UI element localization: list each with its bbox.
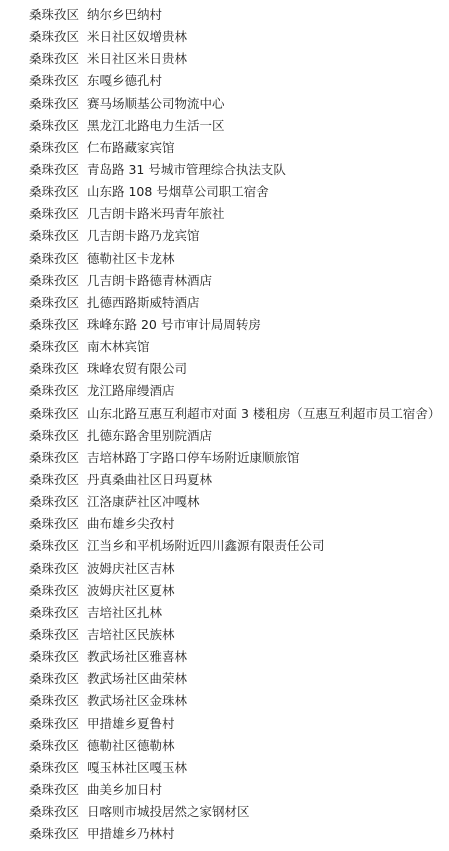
district-label: 桑珠孜区 (29, 181, 87, 203)
list-item: 桑珠孜区曲布雄乡尖孜村 (29, 513, 440, 535)
list-item: 桑珠孜区珠峰农贸有限公司 (29, 358, 440, 380)
district-label: 桑珠孜区 (29, 336, 87, 358)
district-label: 桑珠孜区 (29, 380, 87, 402)
place-label: 曲布雄乡尖孜村 (87, 513, 175, 535)
district-label: 桑珠孜区 (29, 513, 87, 535)
district-label: 桑珠孜区 (29, 447, 87, 469)
district-label: 桑珠孜区 (29, 248, 87, 270)
district-label: 桑珠孜区 (29, 801, 87, 823)
place-label: 吉培林路丁字路口停车场附近康顺旅馆 (87, 447, 300, 469)
place-label: 曲美乡加日村 (87, 779, 162, 801)
list-item: 桑珠孜区丹真桑曲社区日玛夏林 (29, 469, 440, 491)
district-label: 桑珠孜区 (29, 491, 87, 513)
place-label: 丹真桑曲社区日玛夏林 (87, 469, 212, 491)
place-label: 波姆庆社区吉林 (87, 558, 175, 580)
district-label: 桑珠孜区 (29, 314, 87, 336)
list-item: 桑珠孜区江当乡和平机场附近四川鑫源有限责任公司 (29, 535, 440, 557)
place-label: 黑龙江北路电力生活一区 (87, 115, 225, 137)
list-item: 桑珠孜区山东路 108 号烟草公司职工宿舍 (29, 181, 440, 203)
district-label: 桑珠孜区 (29, 403, 87, 425)
district-label: 桑珠孜区 (29, 713, 87, 735)
place-label: 山东路 108 号烟草公司职工宿舍 (87, 181, 269, 203)
district-label: 桑珠孜区 (29, 159, 87, 181)
place-label: 龙江路扉缦酒店 (87, 380, 175, 402)
place-label: 仁布路藏家宾馆 (87, 137, 175, 159)
district-label: 桑珠孜区 (29, 690, 87, 712)
place-label: 珠峰农贸有限公司 (87, 358, 187, 380)
district-label: 桑珠孜区 (29, 4, 87, 26)
place-label: 德勒社区卡龙林 (87, 248, 175, 270)
district-label: 桑珠孜区 (29, 270, 87, 292)
list-item: 桑珠孜区波姆庆社区夏林 (29, 580, 440, 602)
list-item: 桑珠孜区甲措雄乡夏鲁村 (29, 713, 440, 735)
district-label: 桑珠孜区 (29, 48, 87, 70)
district-label: 桑珠孜区 (29, 779, 87, 801)
place-label: 甲措雄乡乃林村 (87, 823, 175, 845)
list-item: 桑珠孜区纳尔乡巴纳村 (29, 4, 440, 26)
place-label: 米日社区米日贵林 (87, 48, 187, 70)
list-item: 桑珠孜区甲措雄乡乃林村 (29, 823, 440, 845)
district-label: 桑珠孜区 (29, 203, 87, 225)
place-label: 东嘎乡德孔村 (87, 70, 162, 92)
district-label: 桑珠孜区 (29, 225, 87, 247)
district-label: 桑珠孜区 (29, 558, 87, 580)
place-label: 几吉朗卡路乃龙宾馆 (87, 225, 200, 247)
place-label: 波姆庆社区夏林 (87, 580, 175, 602)
list-item: 桑珠孜区波姆庆社区吉林 (29, 558, 440, 580)
district-label: 桑珠孜区 (29, 668, 87, 690)
place-label: 江当乡和平机场附近四川鑫源有限责任公司 (87, 535, 325, 557)
list-item: 桑珠孜区江洛康萨社区冲嘎林 (29, 491, 440, 513)
list-item: 桑珠孜区米日社区米日贵林 (29, 48, 440, 70)
district-label: 桑珠孜区 (29, 757, 87, 779)
place-label: 甲措雄乡夏鲁村 (87, 713, 175, 735)
list-item: 桑珠孜区珠峰东路 20 号市审计局周转房 (29, 314, 440, 336)
place-label: 山东北路互惠互利超市对面 3 楼租房（互惠互利超市员工宿舍） (87, 403, 440, 425)
place-label: 吉培社区扎林 (87, 602, 162, 624)
district-label: 桑珠孜区 (29, 580, 87, 602)
district-label: 桑珠孜区 (29, 425, 87, 447)
district-label: 桑珠孜区 (29, 93, 87, 115)
list-item: 桑珠孜区几吉朗卡路德青林酒店 (29, 270, 440, 292)
list-item: 桑珠孜区几吉朗卡路乃龙宾馆 (29, 225, 440, 247)
place-label: 南木林宾馆 (87, 336, 150, 358)
district-label: 桑珠孜区 (29, 602, 87, 624)
place-label: 青岛路 31 号城市管理综合执法支队 (87, 159, 286, 181)
district-label: 桑珠孜区 (29, 646, 87, 668)
list-item: 桑珠孜区几吉朗卡路米玛青年旅社 (29, 203, 440, 225)
place-label: 纳尔乡巴纳村 (87, 4, 162, 26)
list-item: 桑珠孜区扎德西路斯威特酒店 (29, 292, 440, 314)
place-label: 教武场社区金珠林 (87, 690, 187, 712)
list-item: 桑珠孜区仁布路藏家宾馆 (29, 137, 440, 159)
place-label: 教武场社区曲荣林 (87, 668, 187, 690)
place-label: 米日社区奴增贵林 (87, 26, 187, 48)
district-label: 桑珠孜区 (29, 70, 87, 92)
place-label: 几吉朗卡路米玛青年旅社 (87, 203, 225, 225)
place-label: 德勒社区德勒林 (87, 735, 175, 757)
list-item: 桑珠孜区黑龙江北路电力生活一区 (29, 115, 440, 137)
list-item: 桑珠孜区山东北路互惠互利超市对面 3 楼租房（互惠互利超市员工宿舍） (29, 403, 440, 425)
list-item: 桑珠孜区扎德东路舍里别院酒店 (29, 425, 440, 447)
list-item: 桑珠孜区米日社区奴增贵林 (29, 26, 440, 48)
district-label: 桑珠孜区 (29, 823, 87, 845)
district-label: 桑珠孜区 (29, 26, 87, 48)
place-label: 几吉朗卡路德青林酒店 (87, 270, 212, 292)
list-item: 桑珠孜区吉培林路丁字路口停车场附近康顺旅馆 (29, 447, 440, 469)
list-item: 桑珠孜区吉培社区民族林 (29, 624, 440, 646)
list-item: 桑珠孜区东嘎乡德孔村 (29, 70, 440, 92)
list-item: 桑珠孜区教武场社区雅喜林 (29, 646, 440, 668)
list-item: 桑珠孜区赛马场顺基公司物流中心 (29, 93, 440, 115)
list-item: 桑珠孜区青岛路 31 号城市管理综合执法支队 (29, 159, 440, 181)
list-item: 桑珠孜区日喀则市城投居然之家钢材区 (29, 801, 440, 823)
list-item: 桑珠孜区嘎玉林社区嘎玉林 (29, 757, 440, 779)
district-label: 桑珠孜区 (29, 292, 87, 314)
place-label: 教武场社区雅喜林 (87, 646, 187, 668)
list-item: 桑珠孜区龙江路扉缦酒店 (29, 380, 440, 402)
list-item: 桑珠孜区德勒社区卡龙林 (29, 248, 440, 270)
district-label: 桑珠孜区 (29, 137, 87, 159)
district-label: 桑珠孜区 (29, 115, 87, 137)
list-item: 桑珠孜区南木林宾馆 (29, 336, 440, 358)
location-list: 桑珠孜区纳尔乡巴纳村桑珠孜区米日社区奴增贵林桑珠孜区米日社区米日贵林桑珠孜区东嘎… (29, 4, 440, 845)
place-label: 珠峰东路 20 号市审计局周转房 (87, 314, 261, 336)
list-item: 桑珠孜区教武场社区曲荣林 (29, 668, 440, 690)
district-label: 桑珠孜区 (29, 535, 87, 557)
list-item: 桑珠孜区吉培社区扎林 (29, 602, 440, 624)
list-item: 桑珠孜区曲美乡加日村 (29, 779, 440, 801)
list-item: 桑珠孜区教武场社区金珠林 (29, 690, 440, 712)
district-label: 桑珠孜区 (29, 624, 87, 646)
place-label: 嘎玉林社区嘎玉林 (87, 757, 187, 779)
place-label: 扎德西路斯威特酒店 (87, 292, 200, 314)
district-label: 桑珠孜区 (29, 735, 87, 757)
list-item: 桑珠孜区德勒社区德勒林 (29, 735, 440, 757)
place-label: 扎德东路舍里别院酒店 (87, 425, 212, 447)
district-label: 桑珠孜区 (29, 358, 87, 380)
place-label: 江洛康萨社区冲嘎林 (87, 491, 200, 513)
place-label: 日喀则市城投居然之家钢材区 (87, 801, 250, 823)
district-label: 桑珠孜区 (29, 469, 87, 491)
place-label: 吉培社区民族林 (87, 624, 175, 646)
place-label: 赛马场顺基公司物流中心 (87, 93, 225, 115)
